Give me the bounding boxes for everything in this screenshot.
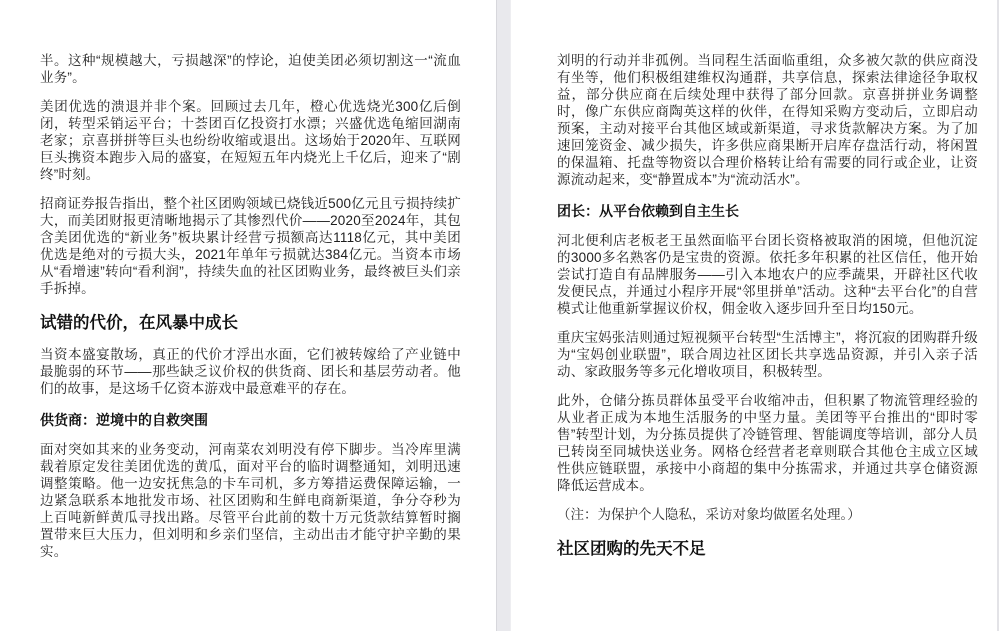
page-left: 半。这种“规模越大，亏损越深”的悖论，迫使美团必须切割这一“流血业务”。 美团优… — [0, 0, 496, 631]
section-heading-cost: 试错的代价，在风暴中成长 — [40, 313, 461, 333]
paragraph-zhangjie: 重庆宝妈张洁则通过短视频平台转型“生活博主”，将沉寂的团购群升级为“宝妈创业联盟… — [557, 329, 978, 380]
paragraph-laowang: 河北便利店老板老王虽然面临平台团长资格被取消的困境，但他沉淀的3000多名熟客仍… — [557, 232, 978, 317]
page-right: 刘明的行动并非孤例。当同程生活面临重组，众多被欠款的供应商没有坐等，他们积极组建… — [511, 0, 999, 631]
document-viewer: 半。这种“规模越大，亏损越深”的悖论，迫使美团必须切割这一“流血业务”。 美团优… — [0, 0, 1000, 631]
page-right-content: 刘明的行动并非孤例。当同程生活面临重组，众多被欠款的供应商没有坐等，他们积极组建… — [557, 52, 978, 572]
paragraph-collapse: 美团优选的溃退并非个案。回顾过去几年，橙心优选烧光300亿后倒闭，转型采销运平台… — [40, 98, 461, 183]
anonymity-note: （注：为保护个人隐私，采访对象均做匿名处理。） — [557, 506, 978, 523]
paragraph-sorters: 此外，仓储分拣员群体虽受平台收缩冲击，但积累了物流管理经验的从业者正成为本地生活… — [557, 392, 978, 494]
paragraph-suppliers-union: 刘明的行动并非孤例。当同程生活面临重组，众多被欠款的供应商没有坐等，他们积极组建… — [557, 52, 978, 188]
paragraph-supplier: 面对突如其来的业务变动，河南菜农刘明没有停下脚步。当冷库里满载着原定发往美团优选… — [40, 441, 461, 560]
paragraph-paradox: 半。这种“规模越大，亏损越深”的悖论，迫使美团必须切割这一“流血业务”。 — [40, 52, 461, 86]
paragraph-report: 招商证券报告指出，整个社区团购领域已烧钱近500亿元且亏损持续扩大，而美团财报更… — [40, 195, 461, 297]
paragraph-cost: 当资本盛宴散场，真正的代价才浮出水面，它们被转嫁给了产业链中最脆弱的环节——那些… — [40, 346, 461, 397]
page-left-content: 半。这种“规模越大，亏损越深”的悖论，迫使美团必须切割这一“流血业务”。 美团优… — [40, 52, 461, 572]
section-heading-supplier: 供货商：逆境中的自救突围 — [40, 412, 461, 429]
section-heading-leader: 团长：从平台依赖到自主生长 — [557, 203, 978, 220]
section-heading-defect: 社区团购的先天不足 — [557, 539, 978, 559]
page-gap — [496, 0, 511, 631]
